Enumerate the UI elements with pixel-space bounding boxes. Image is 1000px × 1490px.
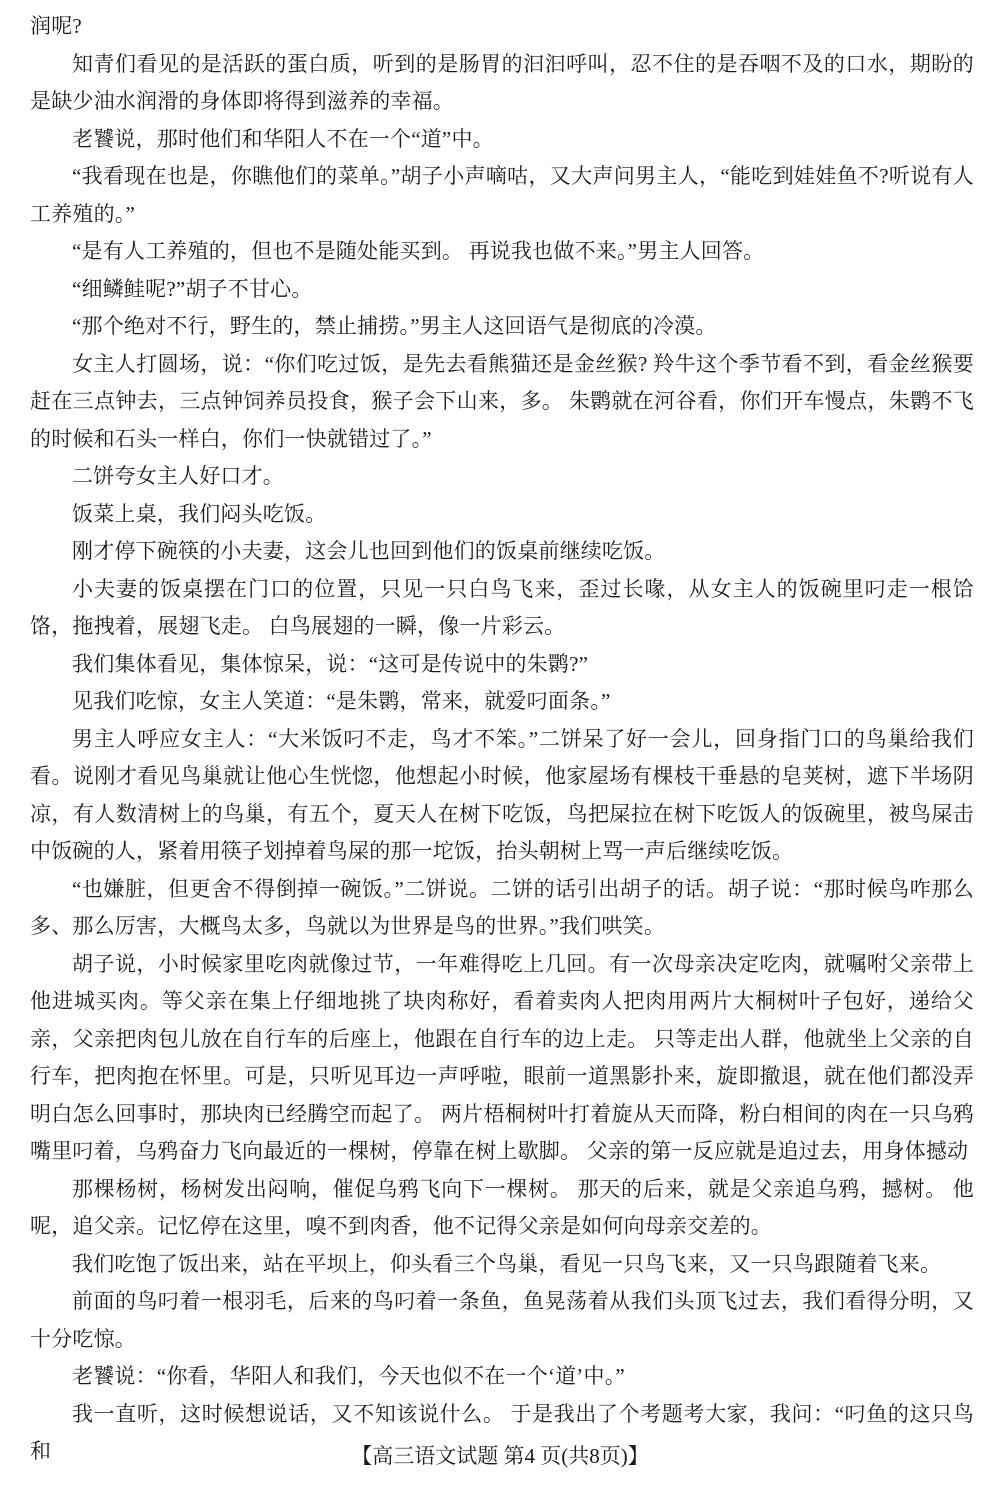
paragraph: 润呢?	[30, 8, 974, 46]
paragraph: “我看现在也是，你瞧他们的菜单。”胡子小声嘀咕，又大声问男主人，“能吃到娃娃鱼不…	[30, 158, 974, 233]
paragraph: 我们吃饱了饭出来，站在平坝上，仰头看三个鸟巢，看见一只鸟飞来，又一只鸟跟随着飞来…	[30, 1246, 974, 1284]
paragraph: 男主人呼应女主人：“大米饭叼不走，鸟才不笨。”二饼呆了好一会儿，回身指门口的鸟巢…	[30, 721, 974, 871]
paragraph: 知青们看见的是活跃的蛋白质，听到的是肠胃的汩汩呼叫，忍不住的是吞咽不及的口水，期…	[30, 46, 974, 121]
paragraph: 胡子说，小时候家里吃肉就像过节，一年难得吃上几回。有一次母亲决定吃肉，就嘱咐父亲…	[30, 946, 974, 1171]
paragraph: “也嫌脏，但更舍不得倒掉一碗饭。”二饼说。二饼的话引出胡子的话。胡子说：“那时候…	[30, 871, 974, 946]
page-footer: 【高三语文试题 第4 页(共8页)】	[0, 1440, 1000, 1470]
paragraph: 刚才停下碗筷的小夫妻，这会儿也回到他们的饭桌前继续吃饭。	[30, 533, 974, 571]
page-footer-text: 【高三语文试题 第4 页(共8页)】	[351, 1444, 649, 1468]
paragraph: 我们集体看见，集体惊呆，说：“这可是传说中的朱鹮?”	[30, 646, 974, 684]
paragraph: 老饕说，那时他们和华阳人不在一个“道”中。	[30, 121, 974, 159]
paragraph: 二饼夸女主人好口才。	[30, 458, 974, 496]
paragraph: 小夫妻的饭桌摆在门口的位置，只见一只白鸟飞来，歪过长喙，从女主人的饭碗里叼走一根…	[30, 571, 974, 646]
paragraph: 那棵杨树，杨树发出闷响，催促乌鸦飞向下一棵树。 那天的后来，就是父亲追乌鸦，撼树…	[30, 1171, 974, 1246]
paragraph: “细鳞鲑呢?”胡子不甘心。	[30, 271, 974, 309]
paragraph: 前面的鸟叼着一根羽毛，后来的鸟叼着一条鱼，鱼晃荡着从我们头顶飞过去，我们看得分明…	[30, 1283, 974, 1358]
passage-body: 润呢?知青们看见的是活跃的蛋白质，听到的是肠胃的汩汩呼叫，忍不住的是吞咽不及的口…	[0, 0, 1000, 1471]
paragraph: 见我们吃惊，女主人笑道：“是朱鹮，常来，就爱叼面条。”	[30, 683, 974, 721]
paragraph: 老饕说：“你看，华阳人和我们，今天也似不在一个‘道’中。”	[30, 1358, 974, 1396]
paragraph: 饭菜上桌，我们闷头吃饭。	[30, 496, 974, 534]
paragraph: “是有人工养殖的，但也不是随处能买到。 再说我也做不来。”男主人回答。	[30, 233, 974, 271]
paragraph: 女主人打圆场，说：“你们吃过饭，是先去看熊猫还是金丝猴? 羚牛这个季节看不到，看…	[30, 346, 974, 459]
document-page: 润呢?知青们看见的是活跃的蛋白质，听到的是肠胃的汩汩呼叫，忍不住的是吞咽不及的口…	[0, 0, 1000, 1490]
paragraph: “那个绝对不行，野生的，禁止捕捞。”男主人这回语气是彻底的冷漠。	[30, 308, 974, 346]
